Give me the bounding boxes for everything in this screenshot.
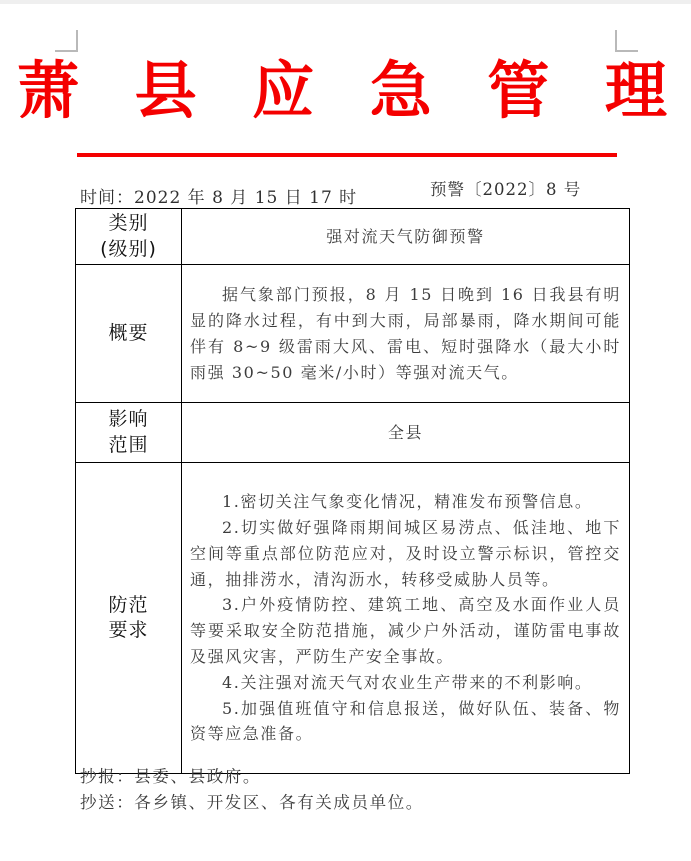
red-divider-rule (77, 153, 617, 157)
content-paragraph: 1.密切关注气象变化情况，精准发布预警信息。 (190, 489, 621, 515)
content-paragraph: 全县 (190, 420, 621, 446)
table-row: 影响 范围全县 (76, 403, 630, 463)
table-row: 概要据气象部门预报，8 月 15 日晚到 16 日我县有明显的降水过程，有中到大… (76, 265, 630, 403)
table-row: 类别 (级别)强对流天气防御预警 (76, 209, 630, 265)
warning-doc-number: 预警〔2022〕8 号 (430, 176, 581, 200)
content-paragraph: 5.加强值班值守和信息报送，做好队伍、装备、物资等应急准备。 (190, 696, 621, 748)
agency-title: 萧 县 应 急 管 理 局 (0, 52, 691, 130)
text-boundary-corner-icon (615, 30, 638, 52)
text-boundary-corner-icon (55, 30, 78, 52)
row-label: 类别 (级别) (76, 209, 182, 265)
copy-report-line: 抄报：县委、县政府。 (80, 764, 641, 790)
content-paragraph: 4.关注强对流天气对农业生产带来的不利影响。 (190, 670, 621, 696)
issue-time: 时间：2022 年 8 月 15 日 17 时 (80, 183, 357, 208)
row-content: 1.密切关注气象变化情况，精准发布预警信息。2.切实做好强降雨期间城区易涝点、低… (182, 463, 630, 774)
row-content: 据气象部门预报，8 月 15 日晚到 16 日我县有明显的降水过程，有中到大雨，… (182, 265, 630, 403)
copy-send-line: 抄送：各乡镇、开发区、各有关成员单位。 (80, 790, 641, 816)
row-content: 强对流天气防御预警 (182, 209, 630, 265)
warning-table-body: 类别 (级别)强对流天气防御预警概要据气象部门预报，8 月 15 日晚到 16 … (76, 209, 630, 774)
distribution-block: 抄报：县委、县政府。 抄送：各乡镇、开发区、各有关成员单位。 (80, 764, 641, 815)
warning-table: 类别 (级别)强对流天气防御预警概要据气象部门预报，8 月 15 日晚到 16 … (75, 208, 630, 774)
row-content: 全县 (182, 403, 630, 463)
content-paragraph: 强对流天气防御预警 (190, 224, 621, 250)
table-row: 防范 要求1.密切关注气象变化情况，精准发布预警信息。2.切实做好强降雨期间城区… (76, 463, 630, 774)
content-paragraph: 3.户外疫情防控、建筑工地、高空及水面作业人员等要采取安全防范措施，减少户外活动… (190, 592, 621, 669)
row-label: 影响 范围 (76, 403, 182, 463)
viewer-top-edge (0, 0, 691, 4)
row-label: 防范 要求 (76, 463, 182, 774)
row-label: 概要 (76, 265, 182, 403)
content-paragraph: 据气象部门预报，8 月 15 日晚到 16 日我县有明显的降水过程，有中到大雨，… (190, 282, 621, 385)
document-page: 萧 县 应 急 管 理 局 时间：2022 年 8 月 15 日 17 时 预警… (0, 0, 691, 861)
content-paragraph: 2.切实做好强降雨期间城区易涝点、低洼地、地下空间等重点部位防范应对，及时设立警… (190, 515, 621, 592)
